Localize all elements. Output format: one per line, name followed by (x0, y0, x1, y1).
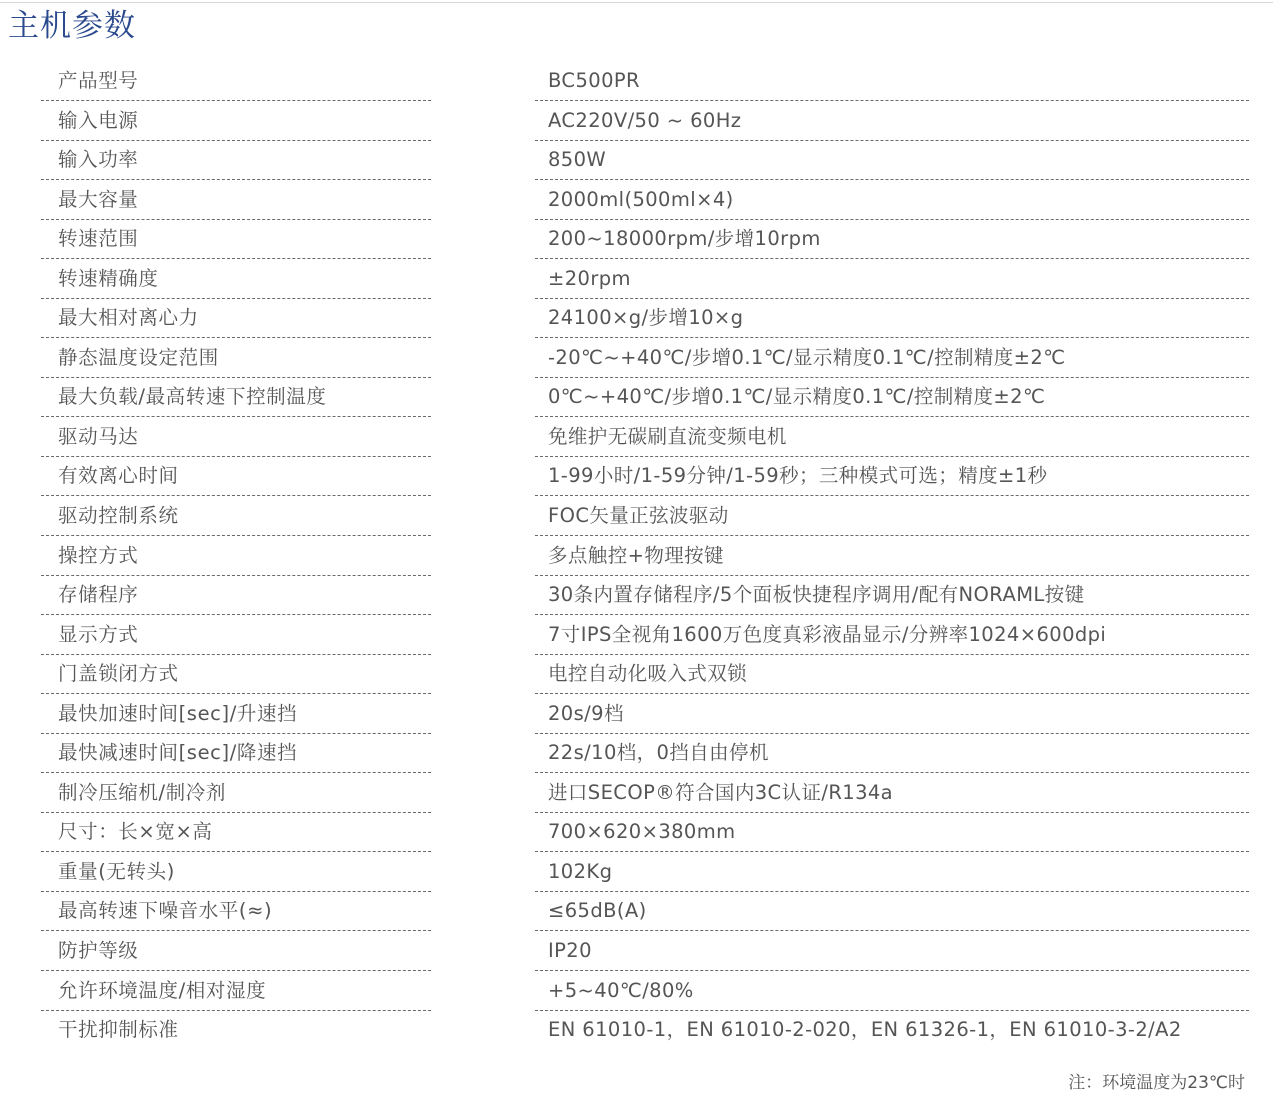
spec-row: 制冷压缩机/制冷剂 进口SECOP®符合国内3C认证/R134a (0, 775, 1273, 815)
spec-value: 1-99小时/1-59分钟/1-59秒；三种模式可选；精度±1秒 (548, 463, 1047, 489)
spec-value-cell: 22s/10档，0挡自由停机 (535, 735, 1249, 773)
spec-value: EN 61010-1，EN 61010-2-020，EN 61326-1，EN … (548, 1017, 1182, 1043)
spec-label-cell: 存储程序 (41, 577, 431, 615)
spec-label: 静态温度设定范围 (58, 345, 219, 371)
spec-label-cell: 最快减速时间[sec]/降速挡 (41, 735, 431, 773)
spec-value: ±20rpm (548, 266, 631, 292)
spec-row: 干扰抑制标准 EN 61010-1，EN 61010-2-020，EN 6132… (0, 1012, 1273, 1052)
spec-row: 最大负载/最高转速下控制温度 0℃~+40℃/步增0.1℃/显示精度0.1℃/控… (0, 379, 1273, 419)
spec-label: 尺寸：长×宽×高 (58, 819, 212, 845)
spec-row: 驱动控制系统 FOC矢量正弦波驱动 (0, 498, 1273, 538)
spec-value-cell: 7寸IPS全视角1600万色度真彩液晶显示/分辨率1024×600dpi (535, 617, 1249, 655)
spec-table: 产品型号 BC500PR 输入电源 AC220V/50 ~ 60Hz 输入功率 … (0, 63, 1273, 1052)
spec-value: 2000ml(500ml×4) (548, 187, 734, 213)
spec-value-cell: 1-99小时/1-59分钟/1-59秒；三种模式可选；精度±1秒 (535, 458, 1249, 496)
spec-value-cell: 200~18000rpm/步增10rpm (535, 221, 1249, 259)
spec-label-cell: 操控方式 (41, 538, 431, 576)
spec-row: 允许环境温度/相对湿度 +5~40℃/80% (0, 973, 1273, 1013)
spec-label: 最快加速时间[sec]/升速挡 (58, 701, 297, 727)
top-divider (0, 2, 1273, 3)
footnote: 注：环境温度为23℃时 (1068, 1071, 1245, 1095)
spec-label: 最大容量 (58, 187, 138, 213)
spec-label-cell: 最高转速下噪音水平(≈) (41, 893, 431, 931)
spec-value-cell: 0℃~+40℃/步增0.1℃/显示精度0.1℃/控制精度±2℃ (535, 379, 1249, 417)
spec-value-cell: 多点触控+物理按键 (535, 538, 1249, 576)
spec-value-cell: -20℃~+40℃/步增0.1℃/显示精度0.1℃/控制精度±2℃ (535, 340, 1249, 378)
spec-label: 操控方式 (58, 543, 138, 569)
spec-row: 最大容量 2000ml(500ml×4) (0, 182, 1273, 222)
spec-label-cell: 尺寸：长×宽×高 (41, 814, 431, 852)
spec-label: 显示方式 (58, 622, 138, 648)
spec-label: 存储程序 (58, 582, 138, 608)
spec-value-cell: 电控自动化吸入式双锁 (535, 656, 1249, 694)
spec-value-cell: 850W (535, 142, 1249, 180)
spec-row: 防护等级 IP20 (0, 933, 1273, 973)
spec-label: 干扰抑制标准 (58, 1017, 179, 1043)
spec-label-cell: 驱动控制系统 (41, 498, 431, 536)
spec-label-cell: 允许环境温度/相对湿度 (41, 973, 431, 1011)
spec-label: 驱动控制系统 (58, 503, 179, 529)
spec-value: 102Kg (548, 859, 612, 885)
spec-value: ≤65dB(A) (548, 898, 647, 924)
spec-label-cell: 重量(无转头) (41, 854, 431, 892)
spec-row: 输入功率 850W (0, 142, 1273, 182)
spec-label: 最大负载/最高转速下控制温度 (58, 384, 326, 410)
spec-label: 门盖锁闭方式 (58, 661, 179, 687)
spec-value-cell: 102Kg (535, 854, 1249, 892)
spec-value-cell: BC500PR (535, 63, 1249, 101)
spec-row: 最大相对离心力 24100×g/步增10×g (0, 300, 1273, 340)
spec-label-cell: 防护等级 (41, 933, 431, 971)
spec-value: +5~40℃/80% (548, 978, 694, 1004)
spec-label: 制冷压缩机/制冷剂 (58, 780, 226, 806)
spec-label-cell: 输入电源 (41, 103, 431, 141)
spec-label-cell: 驱动马达 (41, 419, 431, 457)
spec-row: 最高转速下噪音水平(≈) ≤65dB(A) (0, 893, 1273, 933)
spec-label-cell: 门盖锁闭方式 (41, 656, 431, 694)
spec-row: 输入电源 AC220V/50 ~ 60Hz (0, 103, 1273, 143)
spec-value-cell: EN 61010-1，EN 61010-2-020，EN 61326-1，EN … (535, 1012, 1249, 1050)
spec-value-cell: IP20 (535, 933, 1249, 971)
spec-value: 24100×g/步增10×g (548, 305, 743, 331)
spec-value: 进口SECOP®符合国内3C认证/R134a (548, 780, 893, 806)
spec-label-cell: 显示方式 (41, 617, 431, 655)
spec-value-cell: 免维护无碳刷直流变频电机 (535, 419, 1249, 457)
spec-value: 30条内置存储程序/5个面板快捷程序调用/配有NORAML按键 (548, 582, 1084, 608)
spec-value: 免维护无碳刷直流变频电机 (548, 424, 787, 450)
spec-label: 允许环境温度/相对湿度 (58, 978, 266, 1004)
spec-value: AC220V/50 ~ 60Hz (548, 108, 741, 134)
spec-label: 转速范围 (58, 226, 138, 252)
spec-row: 最快加速时间[sec]/升速挡 20s/9档 (0, 696, 1273, 736)
spec-row: 门盖锁闭方式 电控自动化吸入式双锁 (0, 656, 1273, 696)
spec-value: 0℃~+40℃/步增0.1℃/显示精度0.1℃/控制精度±2℃ (548, 384, 1045, 410)
spec-row: 显示方式 7寸IPS全视角1600万色度真彩液晶显示/分辨率1024×600dp… (0, 617, 1273, 657)
spec-label: 输入电源 (58, 108, 138, 134)
spec-label-cell: 输入功率 (41, 142, 431, 180)
spec-label: 最大相对离心力 (58, 305, 199, 331)
spec-label: 转速精确度 (58, 266, 159, 292)
spec-value: -20℃~+40℃/步增0.1℃/显示精度0.1℃/控制精度±2℃ (548, 345, 1066, 371)
spec-value-cell: ≤65dB(A) (535, 893, 1249, 931)
spec-value: 700×620×380mm (548, 819, 736, 845)
spec-row: 尺寸：长×宽×高 700×620×380mm (0, 814, 1273, 854)
spec-value: 200~18000rpm/步增10rpm (548, 226, 821, 252)
spec-row: 重量(无转头) 102Kg (0, 854, 1273, 894)
spec-value-cell: 20s/9档 (535, 696, 1249, 734)
spec-value: FOC矢量正弦波驱动 (548, 503, 729, 529)
spec-value-cell: +5~40℃/80% (535, 973, 1249, 1011)
spec-value-cell: 24100×g/步增10×g (535, 300, 1249, 338)
spec-label: 有效离心时间 (58, 463, 179, 489)
spec-row: 存储程序 30条内置存储程序/5个面板快捷程序调用/配有NORAML按键 (0, 577, 1273, 617)
spec-value: 7寸IPS全视角1600万色度真彩液晶显示/分辨率1024×600dpi (548, 622, 1106, 648)
spec-row: 有效离心时间 1-99小时/1-59分钟/1-59秒；三种模式可选；精度±1秒 (0, 458, 1273, 498)
spec-label-cell: 转速范围 (41, 221, 431, 259)
spec-label-cell: 最快加速时间[sec]/升速挡 (41, 696, 431, 734)
spec-value: 电控自动化吸入式双锁 (548, 661, 747, 687)
spec-label-cell: 干扰抑制标准 (41, 1012, 431, 1050)
spec-value-cell: ±20rpm (535, 261, 1249, 299)
spec-label: 输入功率 (58, 147, 138, 173)
spec-label: 重量(无转头) (58, 859, 175, 885)
spec-label-cell: 最大相对离心力 (41, 300, 431, 338)
page-title: 主机参数 (8, 6, 136, 46)
spec-label-cell: 转速精确度 (41, 261, 431, 299)
spec-value-cell: 30条内置存储程序/5个面板快捷程序调用/配有NORAML按键 (535, 577, 1249, 615)
spec-label-cell: 制冷压缩机/制冷剂 (41, 775, 431, 813)
spec-label: 防护等级 (58, 938, 138, 964)
spec-label-cell: 最大容量 (41, 182, 431, 220)
spec-value: 多点触控+物理按键 (548, 543, 724, 569)
spec-label-cell: 最大负载/最高转速下控制温度 (41, 379, 431, 417)
spec-value: BC500PR (548, 68, 640, 94)
spec-value: 20s/9档 (548, 701, 624, 727)
spec-value: 22s/10档，0挡自由停机 (548, 740, 769, 766)
spec-row: 操控方式 多点触控+物理按键 (0, 538, 1273, 578)
spec-label-cell: 有效离心时间 (41, 458, 431, 496)
spec-row: 驱动马达 免维护无碳刷直流变频电机 (0, 419, 1273, 459)
spec-label: 最高转速下噪音水平(≈) (58, 898, 272, 924)
spec-label: 最快减速时间[sec]/降速挡 (58, 740, 297, 766)
spec-value-cell: 2000ml(500ml×4) (535, 182, 1249, 220)
spec-value: 850W (548, 147, 606, 173)
spec-value-cell: FOC矢量正弦波驱动 (535, 498, 1249, 536)
spec-row: 转速范围 200~18000rpm/步增10rpm (0, 221, 1273, 261)
spec-label: 产品型号 (58, 68, 138, 94)
spec-row: 产品型号 BC500PR (0, 63, 1273, 103)
spec-row: 最快减速时间[sec]/降速挡 22s/10档，0挡自由停机 (0, 735, 1273, 775)
spec-value-cell: AC220V/50 ~ 60Hz (535, 103, 1249, 141)
spec-row: 转速精确度 ±20rpm (0, 261, 1273, 301)
spec-row: 静态温度设定范围 -20℃~+40℃/步增0.1℃/显示精度0.1℃/控制精度±… (0, 340, 1273, 380)
spec-label: 驱动马达 (58, 424, 138, 450)
spec-value-cell: 700×620×380mm (535, 814, 1249, 852)
spec-label-cell: 静态温度设定范围 (41, 340, 431, 378)
spec-label-cell: 产品型号 (41, 63, 431, 101)
spec-value: IP20 (548, 938, 592, 964)
spec-value-cell: 进口SECOP®符合国内3C认证/R134a (535, 775, 1249, 813)
